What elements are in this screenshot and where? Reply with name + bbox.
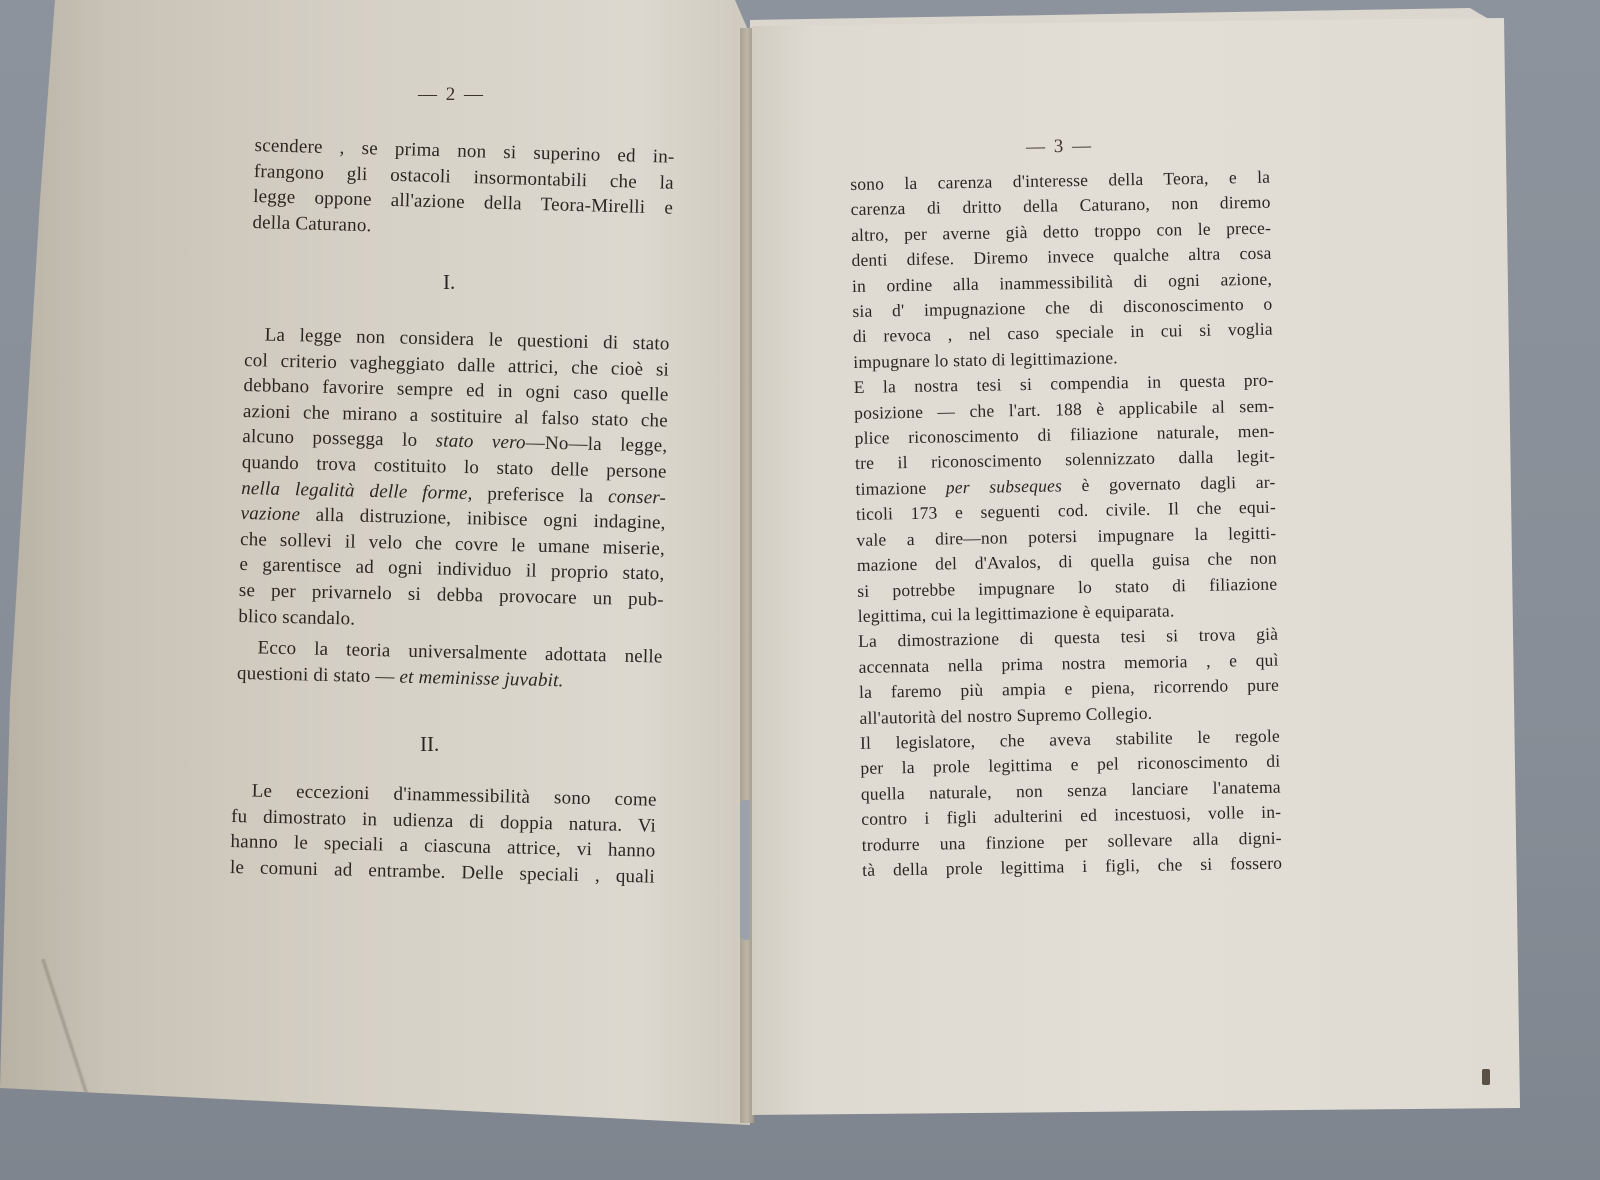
left-intro-paragraph: scendere , se prima non si superino ed i…	[252, 133, 675, 247]
right-paragraph-1: sono la carenza d'interesse della Teora,…	[850, 165, 1273, 376]
book-spine	[740, 28, 754, 1123]
right-page-number: — 3 —	[1026, 135, 1093, 158]
section-1-paragraph-1: La legge non considera le questioni di s…	[238, 322, 670, 639]
left-page-number: — 2 —	[418, 84, 485, 106]
right-page-body: sono la carenza d'interesse della Teora,…	[850, 165, 1282, 884]
section-heading-1: I.	[443, 270, 455, 295]
page-crease	[40, 958, 95, 1112]
spine-tear	[740, 800, 750, 940]
section-1-body: La legge non considera le questioni di s…	[237, 322, 670, 696]
right-paragraph-2: E la nostra tesi si compendia in questa …	[854, 368, 1278, 629]
paper-stain	[1482, 1069, 1490, 1085]
section-2-paragraph-1: Le eccezioni d'inammessibilità sono come…	[230, 778, 657, 890]
right-paragraph-3: La dimostrazione di questa tesi si trova…	[858, 622, 1280, 731]
section-1-paragraph-2: Ecco la teoria universalmente adottata n…	[237, 635, 663, 696]
right-paragraph-4: Il legislatore, che aveva stabilite le r…	[860, 724, 1283, 884]
section-heading-2: II.	[420, 732, 439, 757]
